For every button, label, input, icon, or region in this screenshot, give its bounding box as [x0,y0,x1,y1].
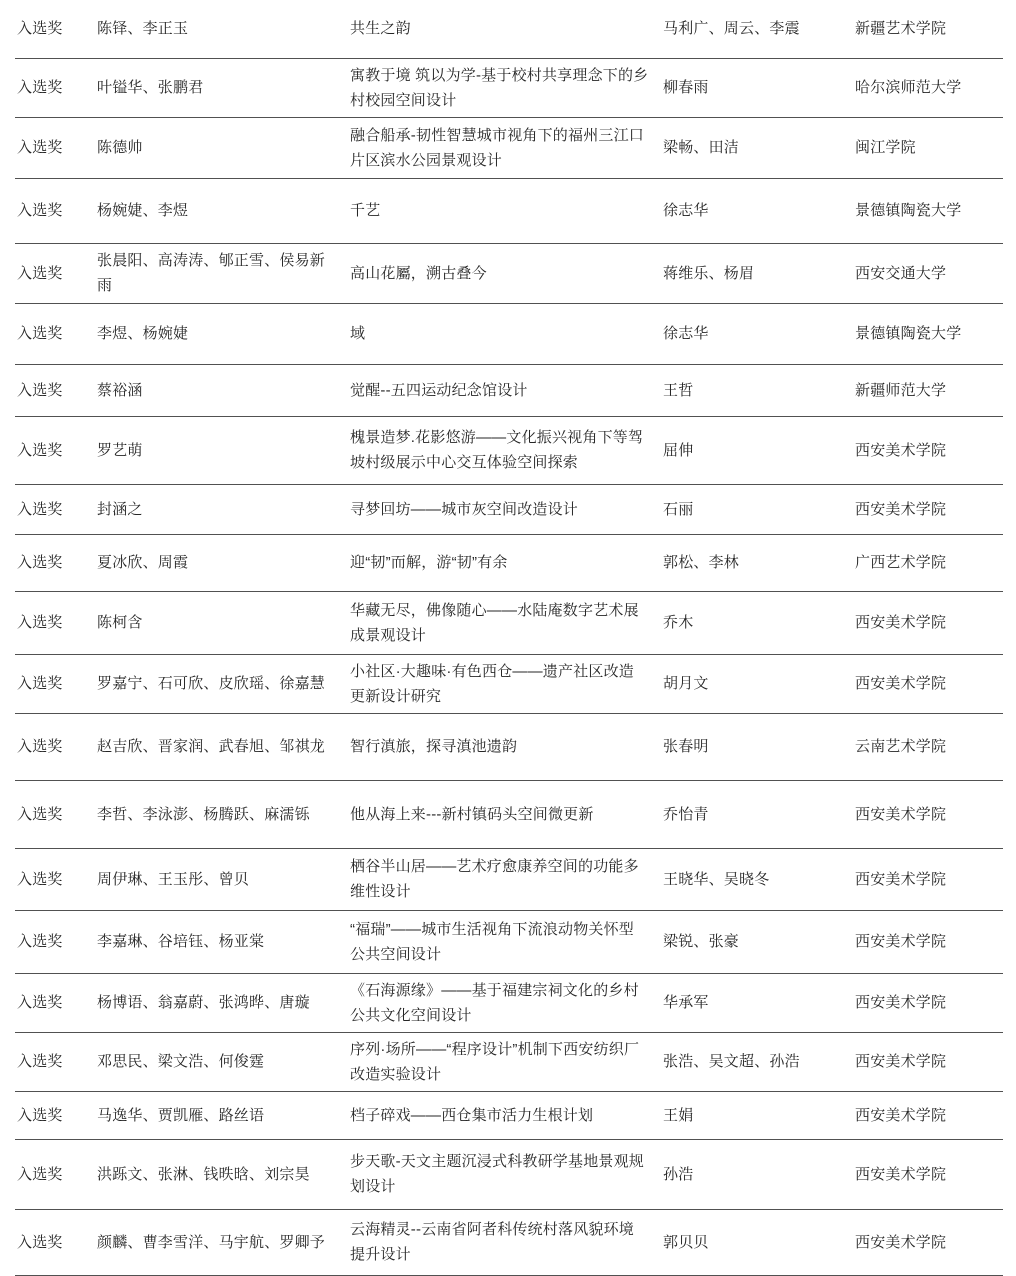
title-cell: 步天歌-天文主题沉浸式科教研学基地景观规划设计 [348,1139,661,1209]
advisors-cell: 胡月文 [661,654,853,713]
award-cell: 入选奖 [15,1209,95,1275]
title-cell: 寻梦回坊——城市灰空间改造设计 [348,484,661,534]
table-row: 入选奖李哲、李泳澎、杨腾跃、麻濡铄他从海上来---新村镇码头空间微更新乔怡青西安… [15,780,1003,848]
table-row: 入选奖张晨阳、高涛涛、郇正雪、侯易新雨高山花屬，溯古叠今蒋维乐、杨眉西安交通大学 [15,243,1003,303]
advisors-cell: 徐志华 [661,303,853,364]
title-cell: 智行滇旅，探寻滇池遗韵 [348,713,661,780]
title-cell: 云海精灵--云南省阿者科传统村落风貌环境提升设计 [348,1209,661,1275]
institution-cell: 西安美术学院 [853,591,1003,654]
advisors-cell: 梁锐、张豪 [661,910,853,973]
authors-cell: 周伊琳、王玉彤、曾贝 [95,848,348,910]
title-cell: 融合船承-韧性智慧城市视角下的福州三江口片区滨水公园景观设计 [348,117,661,178]
advisors-cell: 乔怡青 [661,780,853,848]
table-row: 入选奖洪跞文、张淋、钱昳晗、刘宗昊步天歌-天文主题沉浸式科教研学基地景观规划设计… [15,1139,1003,1209]
advisors-cell: 徐志华 [661,178,853,243]
table-row: 入选奖罗嘉宁、石可欣、皮欣瑶、徐嘉慧小社区·大趣味·有色西仓——遗产社区改造更新… [15,654,1003,713]
title-cell: 槐景造梦.花影悠游——文化振兴视角下等驾坡村级展示中心交互体验空间探索 [348,416,661,484]
advisors-cell: 屈伸 [661,416,853,484]
advisors-cell: 石丽 [661,484,853,534]
table-row: 入选奖周伊琳、王玉彤、曾贝栖谷半山居——艺术疗愈康养空间的功能多维性设计王晓华、… [15,848,1003,910]
advisors-cell: 张浩、吴文超、孙浩 [661,1032,853,1091]
advisors-cell: 郭贝贝 [661,1209,853,1275]
award-cell: 入选奖 [15,484,95,534]
institution-cell: 哈尔滨师范大学 [853,58,1003,117]
table-row: 入选奖杨博语、翁嘉蔚、张鸿晔、唐璇《石海源缘》——基于福建宗祠文化的乡村公共文化… [15,973,1003,1032]
title-cell: 序列·场所——“程序设计”机制下西安纺织厂改造实验设计 [348,1032,661,1091]
title-cell: 《石海源缘》——基于福建宗祠文化的乡村公共文化空间设计 [348,973,661,1032]
institution-cell: 西安美术学院 [853,654,1003,713]
advisors-cell: 王哲 [661,364,853,416]
table-row: 入选奖封涵之寻梦回坊——城市灰空间改造设计石丽西安美术学院 [15,484,1003,534]
table-row: 入选奖陈德帅融合船承-韧性智慧城市视角下的福州三江口片区滨水公园景观设计梁畅、田… [15,117,1003,178]
title-cell: 迎“韧”而解，游“韧”有余 [348,534,661,591]
table-row: 入选奖赵吉欣、晋家润、武春旭、邹祺龙智行滇旅，探寻滇池遗韵张春明云南艺术学院 [15,713,1003,780]
institution-cell: 西安美术学院 [853,484,1003,534]
authors-cell: 罗艺萌 [95,416,348,484]
institution-cell: 新疆师范大学 [853,364,1003,416]
authors-cell: 颜麟、曹李雪洋、马宇航、罗卿予 [95,1209,348,1275]
table-row: 入选奖邓思民、梁文浩、何俊霆序列·场所——“程序设计”机制下西安纺织厂改造实验设… [15,1032,1003,1091]
institution-cell: 西安美术学院 [853,910,1003,973]
authors-cell: 李嘉琳、谷培钰、杨亚棠 [95,910,348,973]
institution-cell: 西安美术学院 [853,416,1003,484]
authors-cell: 李煜、杨婉婕 [95,303,348,364]
advisors-cell: 张春明 [661,713,853,780]
award-cell: 入选奖 [15,910,95,973]
authors-cell: 陈柯含 [95,591,348,654]
authors-cell: 杨博语、翁嘉蔚、张鸿晔、唐璇 [95,973,348,1032]
table-row: 入选奖叶镒华、张鹏君寓教于境 筑以为学-基于校村共享理念下的乡村校园空间设计柳春… [15,58,1003,117]
title-cell: “福瑞”——城市生活视角下流浪动物关怀型公共空间设计 [348,910,661,973]
authors-cell: 蔡裕涵 [95,364,348,416]
award-cell: 入选奖 [15,58,95,117]
advisors-cell: 孙浩 [661,1139,853,1209]
award-cell: 入选奖 [15,416,95,484]
institution-cell: 景德镇陶瓷大学 [853,178,1003,243]
advisors-cell: 王娟 [661,1091,853,1139]
institution-cell: 云南艺术学院 [853,713,1003,780]
authors-cell: 李哲、李泳澎、杨腾跃、麻濡铄 [95,780,348,848]
award-cell: 入选奖 [15,713,95,780]
award-cell: 入选奖 [15,780,95,848]
title-cell: 栖谷半山居——艺术疗愈康养空间的功能多维性设计 [348,848,661,910]
advisors-cell: 郭松、李林 [661,534,853,591]
institution-cell: 西安美术学院 [853,1091,1003,1139]
table-row: 入选奖陈柯含华藏无尽，佛像随心——水陆庵数字艺术展成景观设计乔木西安美术学院 [15,591,1003,654]
institution-cell: 新疆艺术学院 [853,0,1003,58]
authors-cell: 张晨阳、高涛涛、郇正雪、侯易新雨 [95,243,348,303]
awards-table: 入选奖陈铎、李正玉共生之韵马利广、周云、李震新疆艺术学院入选奖叶镒华、张鹏君寓教… [15,0,1003,1276]
institution-cell: 西安美术学院 [853,848,1003,910]
institution-cell: 闽江学院 [853,117,1003,178]
award-cell: 入选奖 [15,1139,95,1209]
awards-table-body: 入选奖陈铎、李正玉共生之韵马利广、周云、李震新疆艺术学院入选奖叶镒华、张鹏君寓教… [15,0,1003,1275]
award-cell: 入选奖 [15,243,95,303]
institution-cell: 西安交通大学 [853,243,1003,303]
advisors-cell: 马利广、周云、李震 [661,0,853,58]
table-row: 入选奖李煜、杨婉婕域徐志华景德镇陶瓷大学 [15,303,1003,364]
institution-cell: 广西艺术学院 [853,534,1003,591]
title-cell: 寓教于境 筑以为学-基于校村共享理念下的乡村校园空间设计 [348,58,661,117]
authors-cell: 封涵之 [95,484,348,534]
authors-cell: 夏冰欣、周霞 [95,534,348,591]
title-cell: 华藏无尽，佛像随心——水陆庵数字艺术展成景观设计 [348,591,661,654]
award-cell: 入选奖 [15,117,95,178]
advisors-cell: 王晓华、吴晓冬 [661,848,853,910]
table-row: 入选奖马逸华、贾凯雁、路丝语档子碎戏——西仓集市活力生根计划王娟西安美术学院 [15,1091,1003,1139]
authors-cell: 陈铎、李正玉 [95,0,348,58]
title-cell: 档子碎戏——西仓集市活力生根计划 [348,1091,661,1139]
award-cell: 入选奖 [15,178,95,243]
authors-cell: 杨婉婕、李煜 [95,178,348,243]
table-row: 入选奖杨婉婕、李煜千艺徐志华景德镇陶瓷大学 [15,178,1003,243]
advisors-cell: 蒋维乐、杨眉 [661,243,853,303]
title-cell: 他从海上来---新村镇码头空间微更新 [348,780,661,848]
institution-cell: 景德镇陶瓷大学 [853,303,1003,364]
title-cell: 千艺 [348,178,661,243]
authors-cell: 陈德帅 [95,117,348,178]
advisors-cell: 华承军 [661,973,853,1032]
institution-cell: 西安美术学院 [853,1032,1003,1091]
institution-cell: 西安美术学院 [853,1139,1003,1209]
award-cell: 入选奖 [15,591,95,654]
authors-cell: 邓思民、梁文浩、何俊霆 [95,1032,348,1091]
title-cell: 共生之韵 [348,0,661,58]
award-cell: 入选奖 [15,1032,95,1091]
table-row: 入选奖颜麟、曹李雪洋、马宇航、罗卿予云海精灵--云南省阿者科传统村落风貌环境提升… [15,1209,1003,1275]
institution-cell: 西安美术学院 [853,780,1003,848]
table-row: 入选奖蔡裕涵觉醒--五四运动纪念馆设计王哲新疆师范大学 [15,364,1003,416]
table-row: 入选奖陈铎、李正玉共生之韵马利广、周云、李震新疆艺术学院 [15,0,1003,58]
authors-cell: 洪跞文、张淋、钱昳晗、刘宗昊 [95,1139,348,1209]
advisors-cell: 柳春雨 [661,58,853,117]
table-row: 入选奖罗艺萌槐景造梦.花影悠游——文化振兴视角下等驾坡村级展示中心交互体验空间探… [15,416,1003,484]
title-cell: 域 [348,303,661,364]
institution-cell: 西安美术学院 [853,973,1003,1032]
authors-cell: 罗嘉宁、石可欣、皮欣瑶、徐嘉慧 [95,654,348,713]
table-row: 入选奖夏冰欣、周霞迎“韧”而解，游“韧”有余郭松、李林广西艺术学院 [15,534,1003,591]
authors-cell: 马逸华、贾凯雁、路丝语 [95,1091,348,1139]
table-row: 入选奖李嘉琳、谷培钰、杨亚棠“福瑞”——城市生活视角下流浪动物关怀型公共空间设计… [15,910,1003,973]
authors-cell: 叶镒华、张鹏君 [95,58,348,117]
award-cell: 入选奖 [15,654,95,713]
title-cell: 觉醒--五四运动纪念馆设计 [348,364,661,416]
award-cell: 入选奖 [15,303,95,364]
advisors-cell: 乔木 [661,591,853,654]
advisors-cell: 梁畅、田洁 [661,117,853,178]
award-cell: 入选奖 [15,848,95,910]
authors-cell: 赵吉欣、晋家润、武春旭、邹祺龙 [95,713,348,780]
award-cell: 入选奖 [15,0,95,58]
award-cell: 入选奖 [15,534,95,591]
award-cell: 入选奖 [15,364,95,416]
award-cell: 入选奖 [15,973,95,1032]
institution-cell: 西安美术学院 [853,1209,1003,1275]
title-cell: 小社区·大趣味·有色西仓——遗产社区改造更新设计研究 [348,654,661,713]
title-cell: 高山花屬，溯古叠今 [348,243,661,303]
award-cell: 入选奖 [15,1091,95,1139]
